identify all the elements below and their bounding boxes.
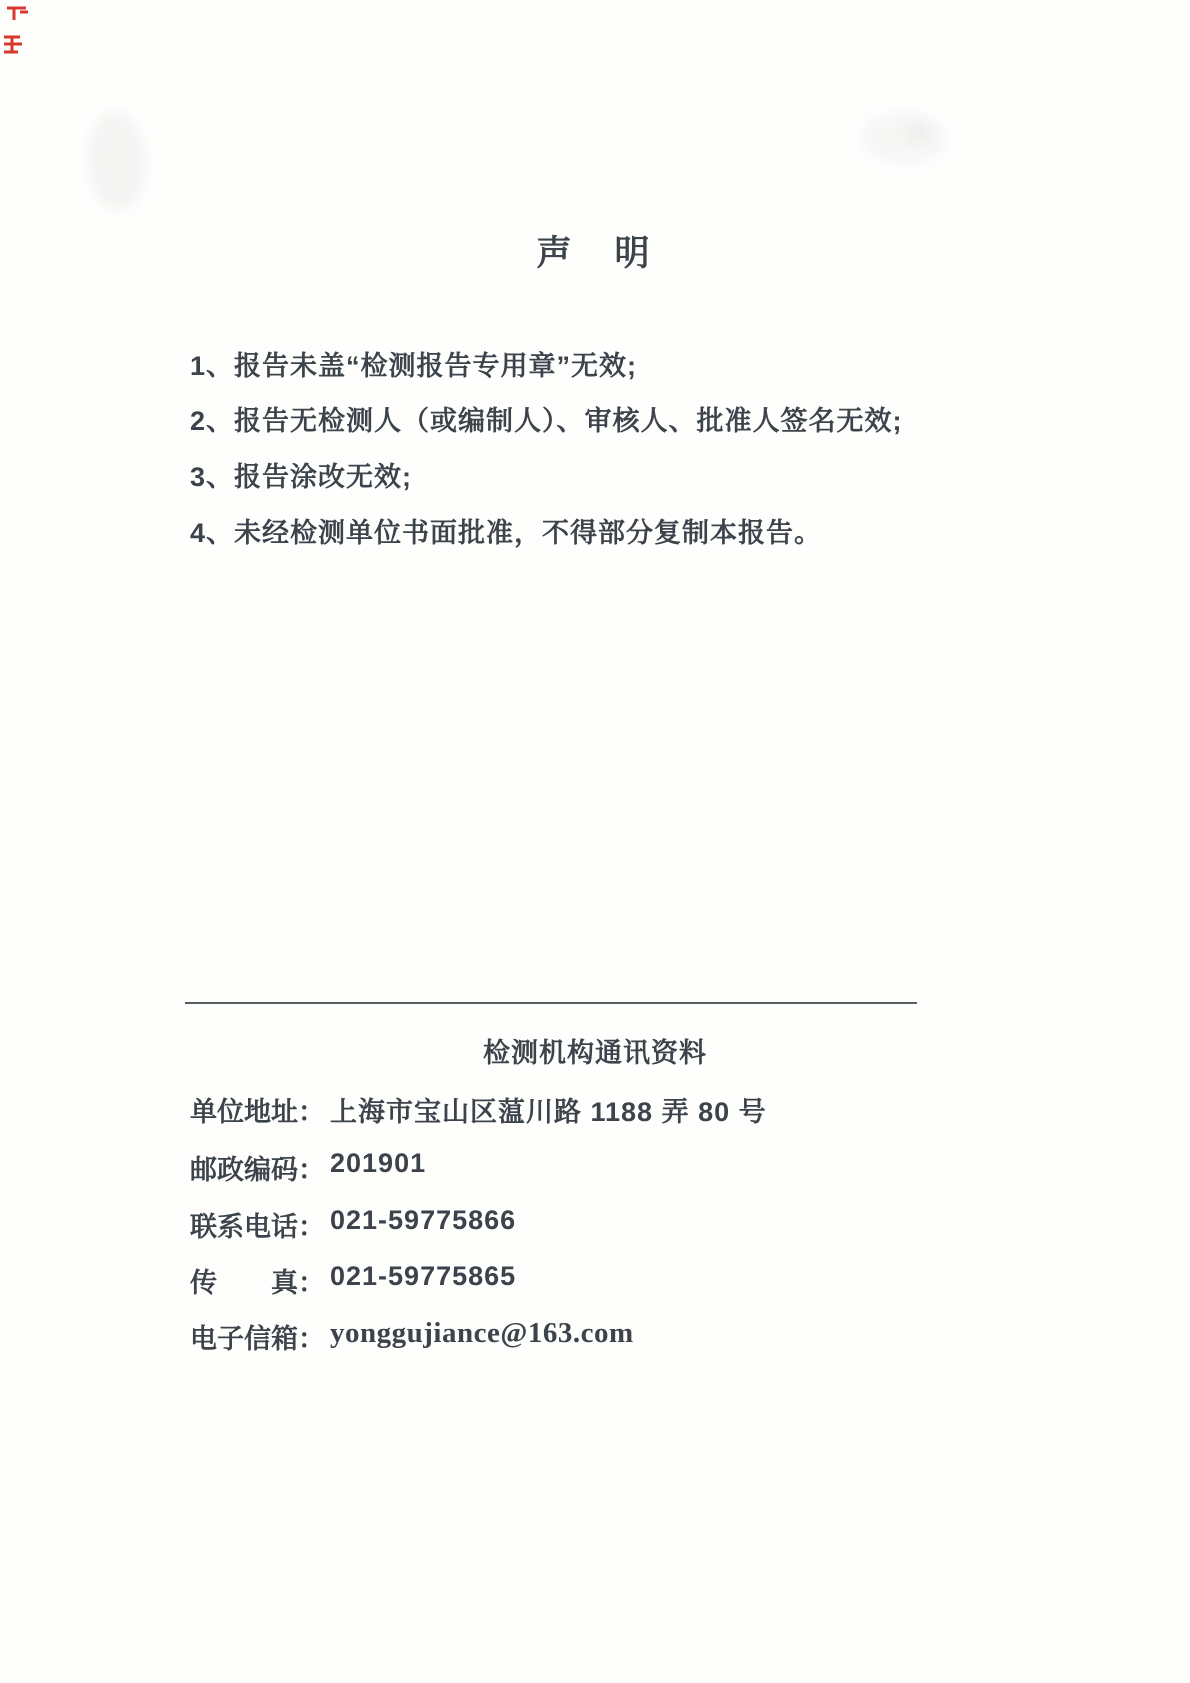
contact-row-phone: 联系电话：021-59775866 bbox=[190, 1205, 1050, 1244]
section-divider bbox=[185, 1002, 917, 1004]
contact-row-postcode: 邮政编码：201901 bbox=[190, 1148, 1050, 1187]
contact-value: 201901 bbox=[330, 1148, 426, 1179]
contact-label: 联系电话 bbox=[190, 1205, 298, 1244]
contact-label: 电子信箱 bbox=[190, 1317, 298, 1356]
contact-value-email: yonggujiance@163.com bbox=[330, 1317, 634, 1350]
scan-smudge bbox=[905, 120, 931, 144]
declaration-item: 1、报告未盖“检测报告专用章”无效; bbox=[190, 344, 1050, 383]
scan-smudge bbox=[88, 112, 146, 210]
contact-separator: ： bbox=[298, 1148, 322, 1187]
contact-row-fax: 传真：021-59775865 bbox=[190, 1261, 1050, 1300]
contact-row-address: 单位地址：上海市宝山区蕰川路 1188 弄 80 号 bbox=[190, 1090, 1050, 1129]
contact-separator: ： bbox=[298, 1205, 322, 1244]
contact-label: 邮政编码 bbox=[190, 1148, 298, 1187]
document-page: 声 明 1、报告未盖“检测报告专用章”无效; 2、报告无检测人（或编制人）、审核… bbox=[0, 0, 1190, 1683]
declaration-item: 3、报告涂改无效; bbox=[190, 455, 1050, 494]
contact-separator: ： bbox=[298, 1090, 322, 1129]
contact-separator: ： bbox=[298, 1317, 322, 1356]
contact-section-heading: 检测机构通讯资料 bbox=[0, 1031, 1190, 1070]
contact-value: 021-59775866 bbox=[330, 1205, 516, 1236]
declaration-item: 2、报告无检测人（或编制人）、审核人、批准人签名无效; bbox=[190, 399, 1050, 438]
page-title: 声 明 bbox=[0, 226, 1190, 276]
red-stamp-fragment-icon bbox=[6, 5, 32, 23]
contact-label: 传真 bbox=[190, 1261, 298, 1300]
contact-separator: ： bbox=[298, 1261, 322, 1300]
contact-value: 021-59775865 bbox=[330, 1261, 516, 1292]
contact-label: 单位地址 bbox=[190, 1090, 298, 1129]
declaration-item: 4、未经检测单位书面批准，不得部分复制本报告。 bbox=[190, 511, 1050, 550]
red-stamp-fragment-icon bbox=[2, 33, 28, 55]
scan-smudge bbox=[862, 112, 948, 164]
contact-row-email: 电子信箱：yonggujiance@163.com bbox=[190, 1317, 1050, 1356]
contact-value: 上海市宝山区蕰川路 1188 弄 80 号 bbox=[330, 1090, 767, 1129]
